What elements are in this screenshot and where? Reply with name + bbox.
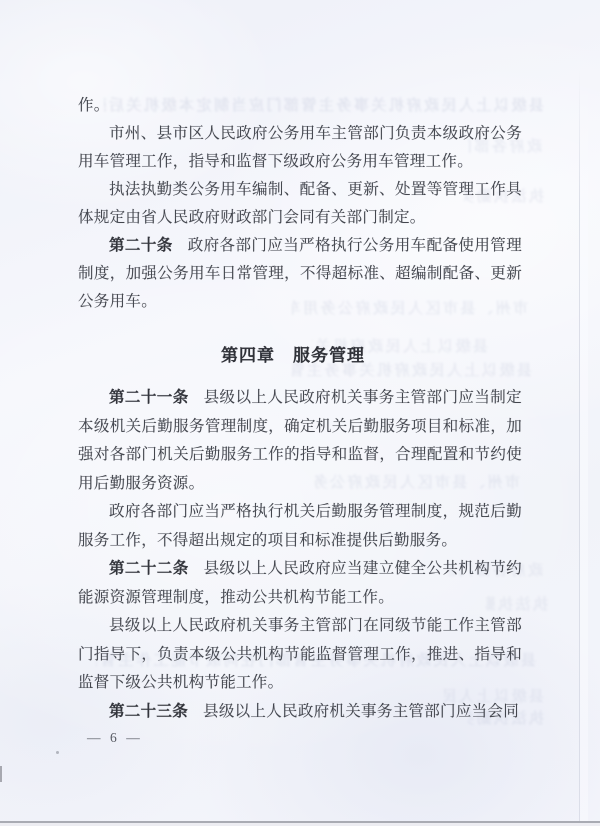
paragraph: 政府各部门应当严格执行机关后勤服务管理制度，规范后勤服务工作，不得超出规定的项目… bbox=[78, 498, 522, 555]
footer-dash-left: — bbox=[87, 730, 101, 746]
chapter-heading: 第四章 服务管理 bbox=[71, 342, 515, 370]
paragraph-text: 县级以上人民政府机关事务主管部门在同级节能工作主管部门指导下，负责本级公共机构节… bbox=[78, 617, 522, 691]
article-number: 第二十条 bbox=[109, 237, 173, 254]
paragraph: 市州、县市区人民政府公务用车主管部门负责本级政府公务用车管理工作，指导和监督下级… bbox=[78, 120, 522, 176]
paragraph-article-22: 第二十二条县级以上人民政府应当建立健全公共机构节约能源资源管理制度，推动公共机构… bbox=[78, 555, 522, 612]
paragraph: 县级以上人民政府机关事务主管部门在同级节能工作主管部门指导下，负责本级公共机构节… bbox=[78, 612, 522, 698]
article-number: 第二十三条 bbox=[109, 703, 188, 720]
scanner-bed-edge bbox=[0, 821, 600, 826]
chapter-body: 第二十一条县级以上人民政府机关事务主管部门应当制定本级机关后勤服务管理制度，确定… bbox=[78, 384, 522, 726]
paragraph-article-21: 第二十一条县级以上人民政府机关事务主管部门应当制定本级机关后勤服务管理制度，确定… bbox=[78, 384, 522, 498]
paragraph-text: 政府各部门应当严格执行机关后勤服务管理制度，规范后勤服务工作，不得超出规定的项目… bbox=[78, 503, 522, 549]
paragraph-continuation: 作。 bbox=[78, 92, 522, 120]
page-number: 6 bbox=[110, 730, 117, 746]
paragraph-text: 县级以上人民政府机关事务主管部门应当会同 bbox=[203, 703, 519, 720]
scan-speck bbox=[56, 751, 59, 754]
article-number: 第二十一条 bbox=[109, 389, 189, 406]
document-body: 作。 市州、县市区人民政府公务用车主管部门负责本级政府公务用车管理工作，指导和监… bbox=[78, 92, 522, 726]
scan-edge-artifact bbox=[0, 766, 2, 782]
paper-crease-highlight bbox=[580, 70, 588, 821]
paragraph-text: 执法执勤类公务用车编制、配备、更新、处置等管理工作具体规定由省人民政府财政部门会… bbox=[78, 181, 522, 226]
article-number: 第二十二条 bbox=[109, 560, 189, 577]
paragraph-article-20: 第二十条政府各部门应当严格执行公务用车配备使用管理制度，加强公务用车日常管理，不… bbox=[78, 232, 522, 316]
page-footer: — 6 — bbox=[87, 730, 140, 746]
footer-dash-right: — bbox=[126, 730, 140, 746]
paragraph-article-23: 第二十三条县级以上人民政府机关事务主管部门应当会同 bbox=[78, 698, 522, 727]
paragraph: 执法执勤类公务用车编制、配备、更新、处置等管理工作具体规定由省人民政府财政部门会… bbox=[78, 176, 522, 232]
paragraph-text: 市州、县市区人民政府公务用车主管部门负责本级政府公务用车管理工作，指导和监督下级… bbox=[78, 125, 522, 170]
paragraph-text: 作。 bbox=[78, 97, 110, 114]
